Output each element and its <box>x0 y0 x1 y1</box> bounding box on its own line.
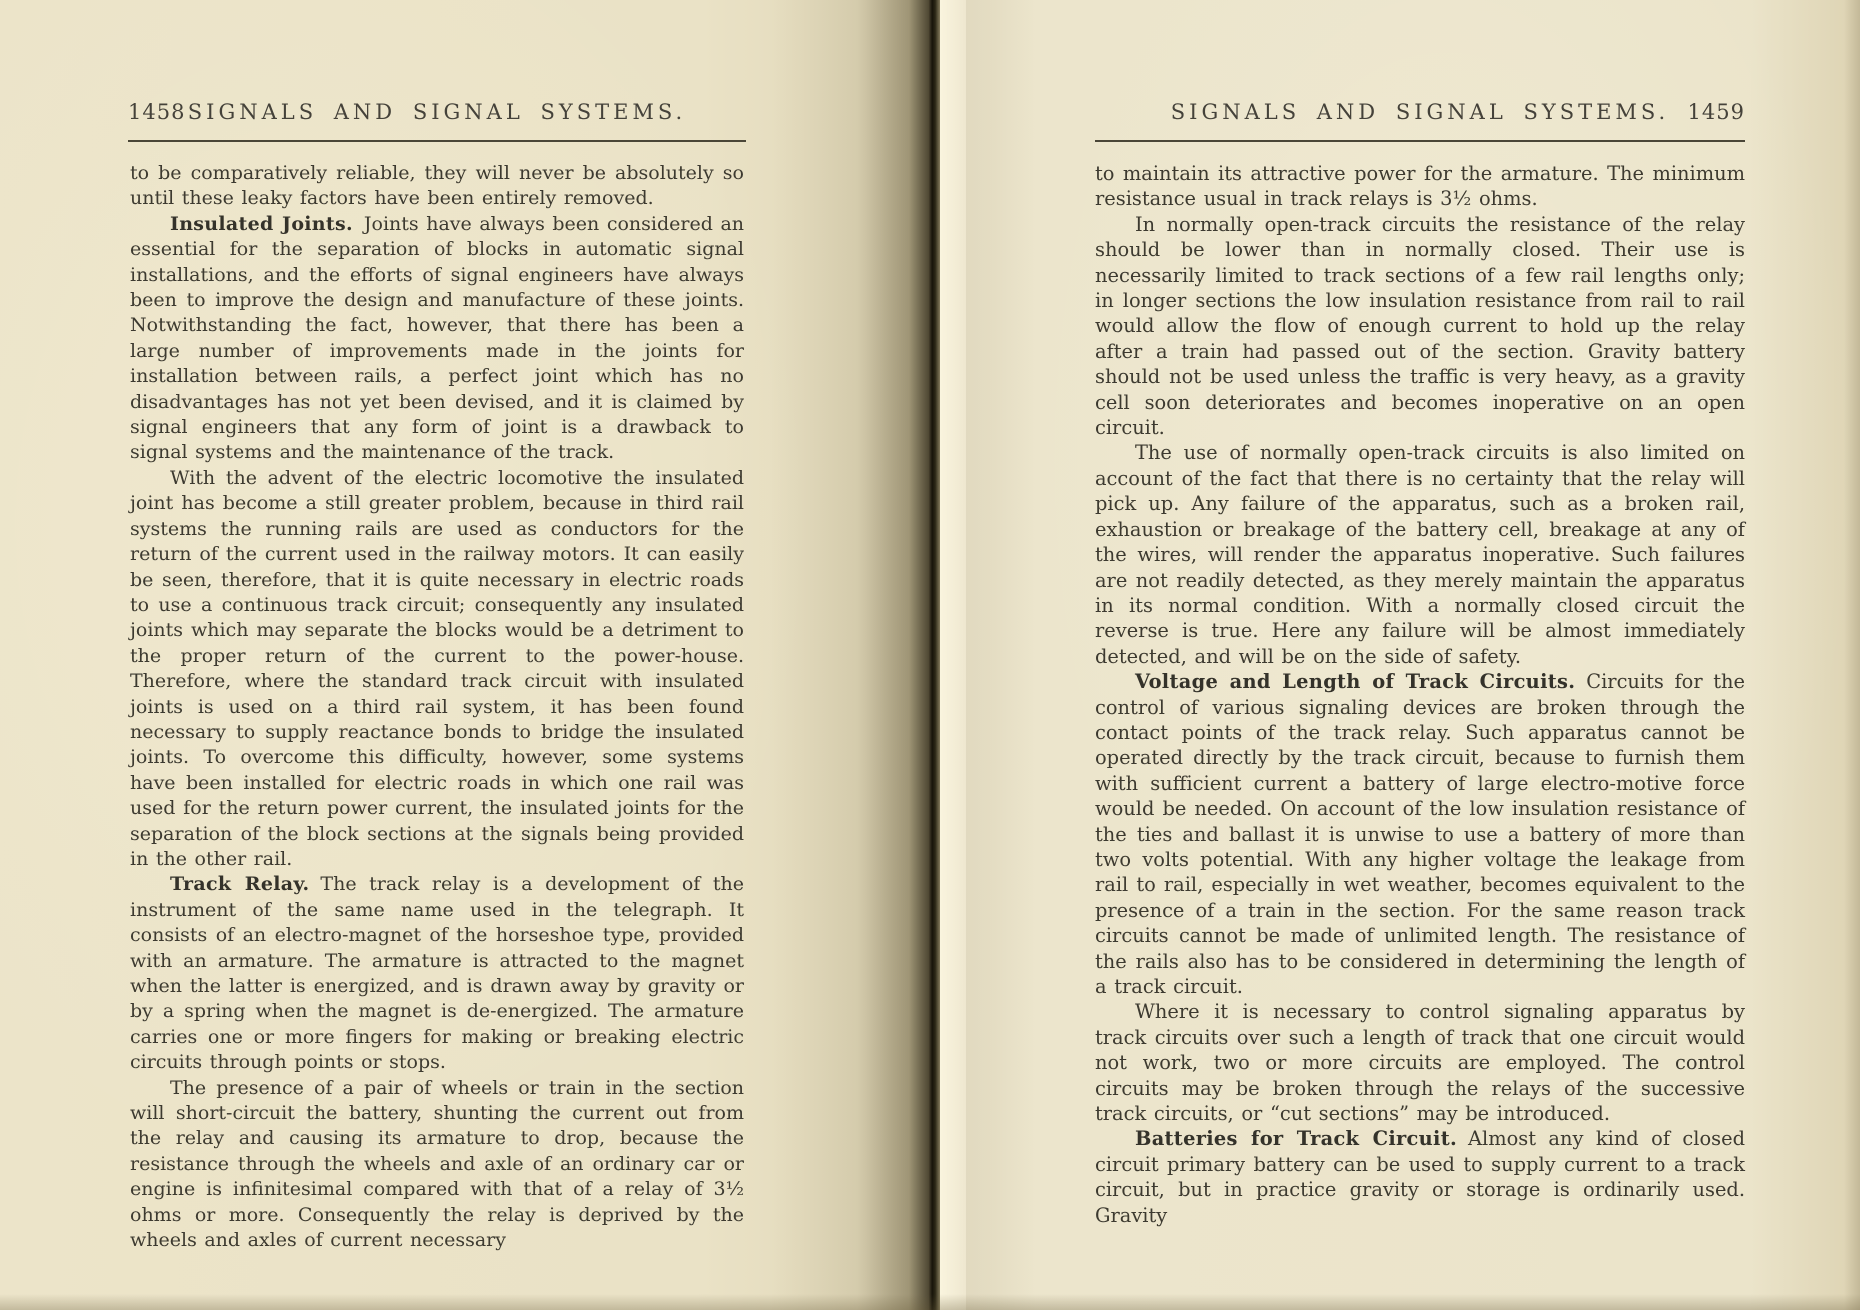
header-rule-left <box>128 140 746 142</box>
paragraph: With the advent of the electric locomoti… <box>130 466 744 873</box>
paragraph: Insulated Joints.Joints have always been… <box>130 212 744 466</box>
page-number-right: 1459 <box>1688 100 1745 124</box>
paragraph: Batteries for Track Circuit.Almost any k… <box>1095 1126 1745 1228</box>
running-title-left: SIGNALS AND SIGNAL SYSTEMS. <box>128 100 746 124</box>
scan-bottom-edge-shadow <box>0 1294 1860 1310</box>
running-title-right: SIGNALS AND SIGNAL SYSTEMS. <box>1095 100 1745 124</box>
page-right: SIGNALS AND SIGNAL SYSTEMS. 1459 to main… <box>940 0 1860 1310</box>
header-rule-right <box>1095 140 1745 142</box>
page-header-right: SIGNALS AND SIGNAL SYSTEMS. 1459 <box>1095 100 1745 134</box>
book-spread: 1458 SIGNALS AND SIGNAL SYSTEMS. to be c… <box>0 0 1860 1310</box>
paragraph: The use of normally open-track circuits … <box>1095 440 1745 669</box>
binding-gutter-line <box>928 0 940 1310</box>
paragraph: In normally open-track circuits the resi… <box>1095 212 1745 441</box>
page-header-left: 1458 SIGNALS AND SIGNAL SYSTEMS. <box>128 100 746 134</box>
paragraph: The presence of a pair of wheels or trai… <box>130 1076 744 1254</box>
paragraph: to maintain its attractive power for the… <box>1095 161 1745 212</box>
scan-right-edge-shadow <box>1844 0 1860 1310</box>
page-body-left: to be comparatively reliable, they will … <box>130 161 744 1253</box>
page-body-right: to maintain its attractive power for the… <box>1095 161 1745 1228</box>
paragraph: Track Relay.The track relay is a develop… <box>130 872 744 1075</box>
page-number-left: 1458 <box>128 100 185 124</box>
paragraph-heading: Batteries for Track Circuit. <box>1135 1127 1457 1150</box>
gutter-right-page-curve-shadow <box>966 0 1036 1310</box>
paragraph-heading: Track Relay. <box>170 873 309 895</box>
gutter-right-page-edge-highlight <box>940 0 966 1310</box>
paragraph: to be comparatively reliable, they will … <box>130 161 744 212</box>
paragraph: Where it is necessary to control signali… <box>1095 999 1745 1126</box>
gutter-shadow <box>770 0 928 1310</box>
paragraph-heading: Voltage and Length of Track Circuits. <box>1135 670 1575 693</box>
paragraph-heading: Insulated Joints. <box>170 213 353 235</box>
paragraph: Voltage and Length of Track Circuits.Cir… <box>1095 669 1745 999</box>
